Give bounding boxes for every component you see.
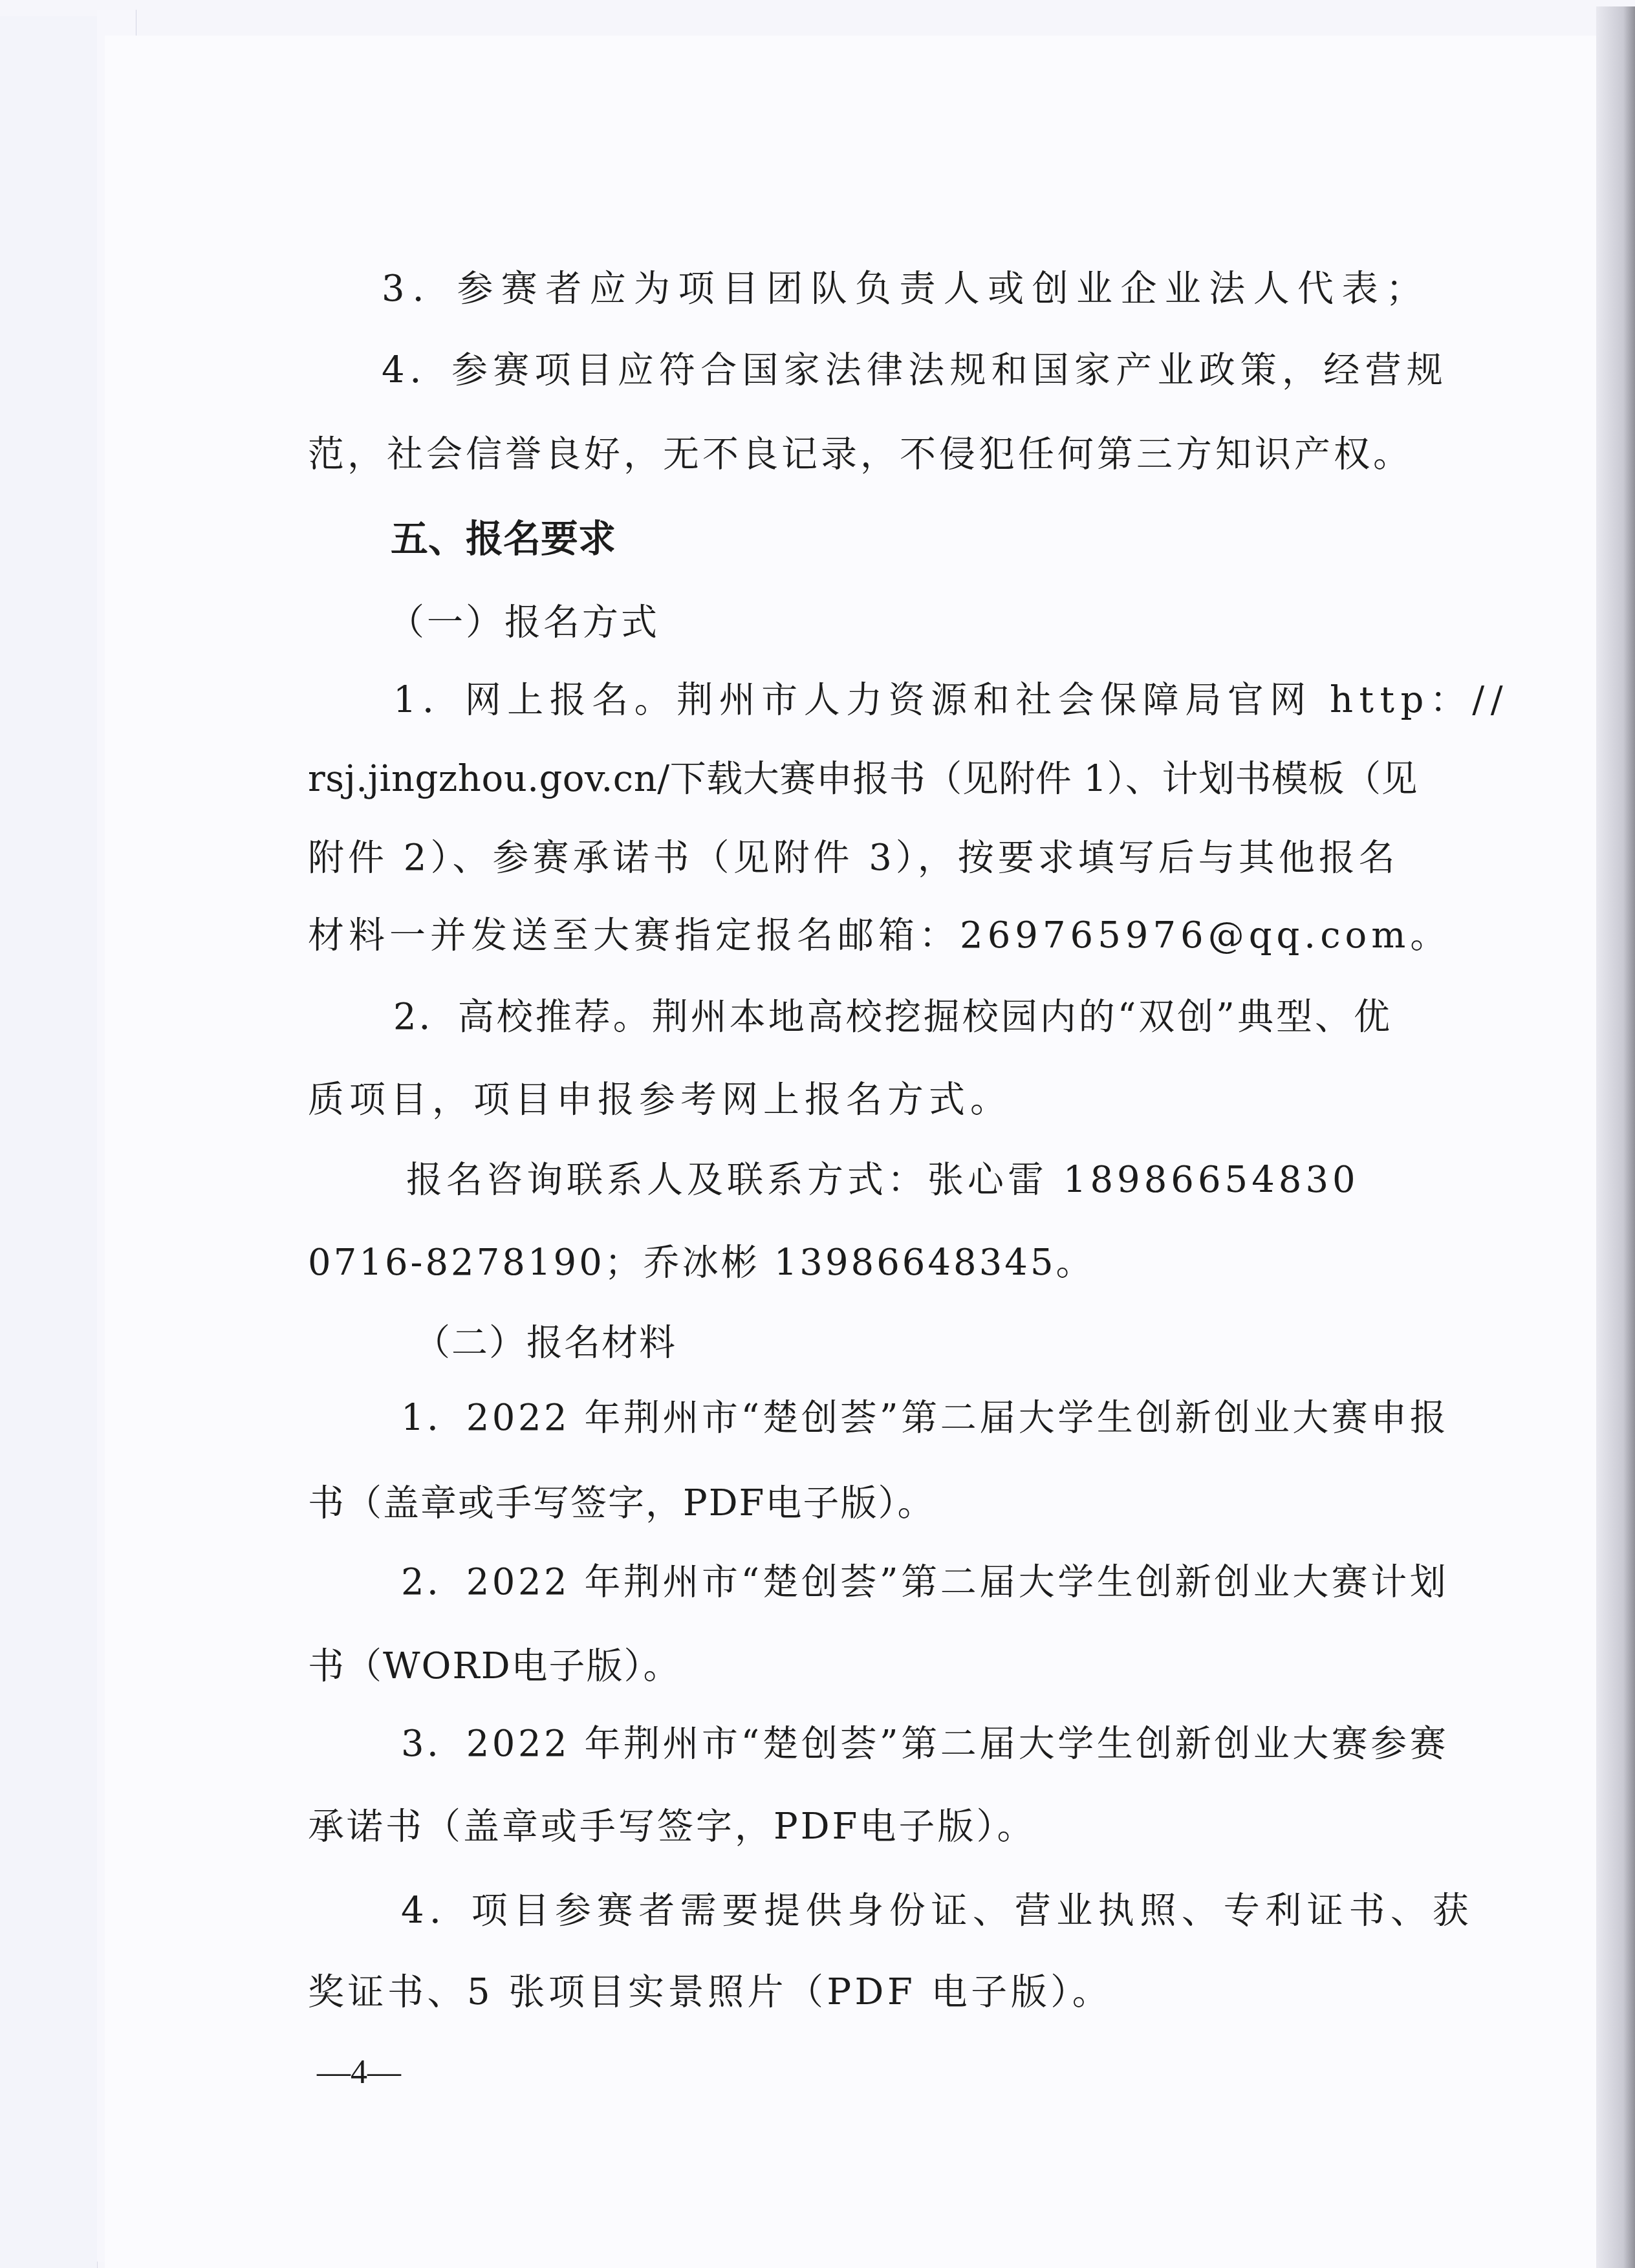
material-4-cont: 奖证书、5 张项目实景照片（PDF 电子版）。 (308, 1970, 1112, 2015)
material-1-cont: 书（盖章或手写签字，PDF电子版）。 (308, 1481, 935, 1526)
page-number: —4— (317, 2050, 401, 2095)
method-online-email: 材料一并发送至大赛指定报名邮箱：269765976@qq.com。 (308, 913, 1451, 958)
method-university: 2．高校推荐。荆州本地高校挖掘校园内的“双创”典型、优 (393, 995, 1392, 1040)
subsection-heading-2: （二）报名材料 (414, 1321, 677, 1366)
material-4: 4．项目参赛者需要提供身份证、营业执照、专利证书、获 (401, 1888, 1474, 1934)
requirement-4: 4．参赛项目应符合国家法律法规和国家产业政策，经营规 (382, 348, 1448, 393)
material-1: 1．2022 年荆州市“楚创荟”第二届大学生创新创业大赛申报 (401, 1396, 1449, 1441)
method-online-url: rsj.jingzhou.gov.cn/下载大赛申报书（见附件 1）、计划书模板… (308, 757, 1418, 802)
material-3: 3．2022 年荆州市“楚创荟”第二届大学生创新创业大赛参赛 (401, 1722, 1449, 1767)
contact-info-cont: 0716-8278190；乔冰彬 13986648345。 (308, 1240, 1095, 1286)
requirement-4-cont: 范，社会信誉良好，无不良记录，不侵犯任何第三方知识产权。 (308, 432, 1413, 477)
method-online: 1．网上报名。荆州市人力资源和社会保障局官网 http：// (393, 678, 1509, 723)
method-online-cont: 附件 2）、参赛承诺书（见附件 3），按要求填写后与其他报名 (308, 836, 1399, 881)
section-heading-5: 五、报名要求 (391, 516, 616, 561)
material-2-cont: 书（WORD电子版）。 (308, 1644, 681, 1689)
material-2: 2．2022 年荆州市“楚创荟”第二届大学生创新创业大赛计划 (401, 1560, 1449, 1605)
contact-info: 报名咨询联系人及联系方式：张心雷 18986654830 (406, 1158, 1359, 1203)
requirement-3: 3．参赛者应为项目团队负责人或创业企业法人代表； (382, 266, 1430, 312)
document-body: 3．参赛者应为项目团队负责人或创业企业法人代表； 4．参赛项目应符合国家法律法规… (0, 0, 1635, 2268)
subsection-heading-1: （一）报名方式 (388, 600, 660, 645)
method-university-cont: 质项目，项目申报参考网上报名方式。 (308, 1077, 1012, 1123)
material-3-cont: 承诺书（盖章或手写签字，PDF电子版）。 (308, 1804, 1035, 1850)
